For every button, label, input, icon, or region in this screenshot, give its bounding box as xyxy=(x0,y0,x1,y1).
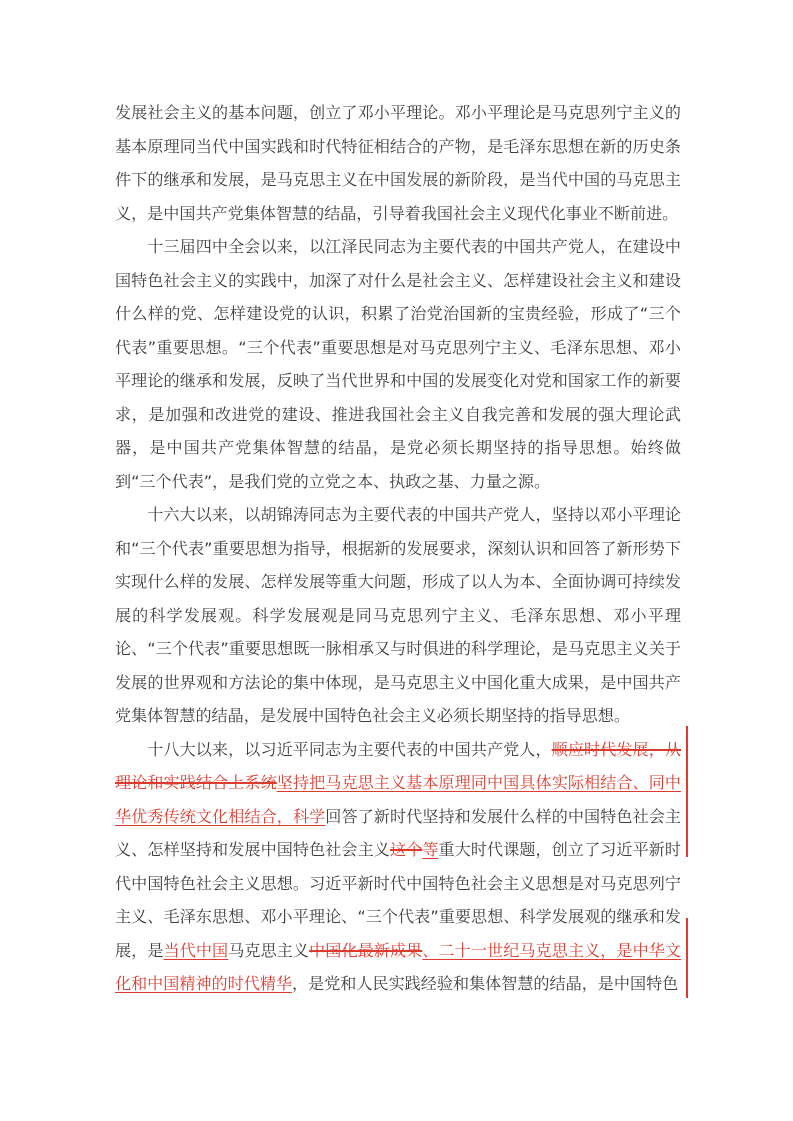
document-body: 发展社会主义的基本问题，创立了邓小平理论。邓小平理论是马克思列宁主义的基本原理同… xyxy=(115,96,681,1001)
text-run: 十六大以来，以胡锦涛同志为主要代表的中国共产党人，坚持以邓小平理论和“三个代表”… xyxy=(115,505,681,725)
deleted-text-run: 中国化最新成果 xyxy=(309,941,422,960)
deleted-text-run: 这个 xyxy=(390,840,422,859)
inserted-text-run: 等 xyxy=(422,840,438,859)
text-run: ，是党和人民实践经验和集体智慧的结晶，是中国特色 xyxy=(292,974,678,993)
paragraph-1: 发展社会主义的基本问题，创立了邓小平理论。邓小平理论是马克思列宁主义的基本原理同… xyxy=(115,96,681,230)
paragraph-2: 十三届四中全会以来，以江泽民同志为主要代表的中国共产党人，在建设中国特色社会主义… xyxy=(115,230,681,498)
revision-change-bar-2 xyxy=(686,918,688,998)
text-run: 发展社会主义的基本问题，创立了邓小平理论。邓小平理论是马克思列宁主义的基本原理同… xyxy=(115,103,681,223)
paragraph-4: 十八大以来，以习近平同志为主要代表的中国共产党人，顺应时代发展，从理论和实践结合… xyxy=(115,733,681,1001)
revision-change-bar-1 xyxy=(686,726,688,857)
text-run: 十三届四中全会以来，以江泽民同志为主要代表的中国共产党人，在建设中国特色社会主义… xyxy=(115,237,681,491)
text-run: 十八大以来，以习近平同志为主要代表的中国共产党人， xyxy=(147,740,551,759)
paragraph-3: 十六大以来，以胡锦涛同志为主要代表的中国共产党人，坚持以邓小平理论和“三个代表”… xyxy=(115,498,681,733)
inserted-text-run: 当代中国 xyxy=(164,941,229,960)
text-run: 马克思主义 xyxy=(228,941,309,960)
page: 发展社会主义的基本问题，创立了邓小平理论。邓小平理论是马克思列宁主义的基本原理同… xyxy=(0,0,793,1121)
